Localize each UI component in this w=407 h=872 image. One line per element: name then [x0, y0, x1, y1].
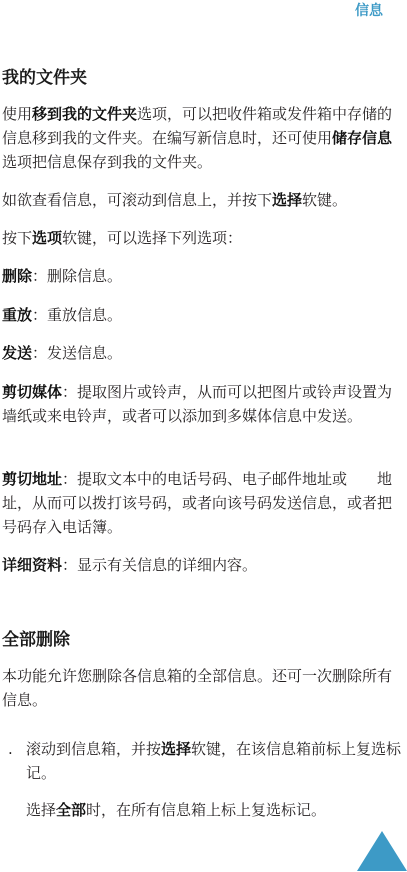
para-my-folder-intro: 使用移到我的文件夹选项，可以把收件箱或发件箱中存储的信息移到我的文件夹。在编写新… [2, 102, 402, 174]
heading-delete-all: 全部删除 [2, 625, 70, 650]
option-details: 详细资料：显示有关信息的详细内容。 [2, 553, 402, 577]
triangle-up-icon[interactable] [357, 831, 407, 871]
option-cut-media: 剪切媒体：提取图片或铃声，从而可以把图片或铃声设置为墙纸或来电铃声，或者可以添加… [2, 380, 402, 428]
option-cut-address: 剪切地址：提取文本中的电话号码、电子邮件地址或 地址，从而可以拨打该号码，或者向… [2, 467, 402, 539]
heading-my-folder: 我的文件夹 [2, 63, 87, 88]
step-select-box: 滚动到信息箱，并按选择软键，在该信息箱前标上复选标记。 [26, 737, 402, 785]
para-delete-all-intro: 本功能允许您删除各信息箱的全部信息。还可一次删除所有信息。 [2, 664, 402, 712]
para-view-message: 如欲查看信息，可滚动到信息上，并按下选择软键。 [2, 188, 402, 212]
option-send: 发送：发送信息。 [2, 341, 402, 365]
option-delete: 删除：删除信息。 [2, 264, 402, 288]
section-header: 信息 [355, 0, 383, 20]
para-options-intro: 按下选项软键，可以选择下列选项： [2, 226, 402, 250]
step-select-all: 选择全部时，在所有信息箱上标上复选标记。 [26, 798, 402, 822]
step-number: . [8, 740, 13, 758]
option-replay: 重放：重放信息。 [2, 303, 402, 327]
